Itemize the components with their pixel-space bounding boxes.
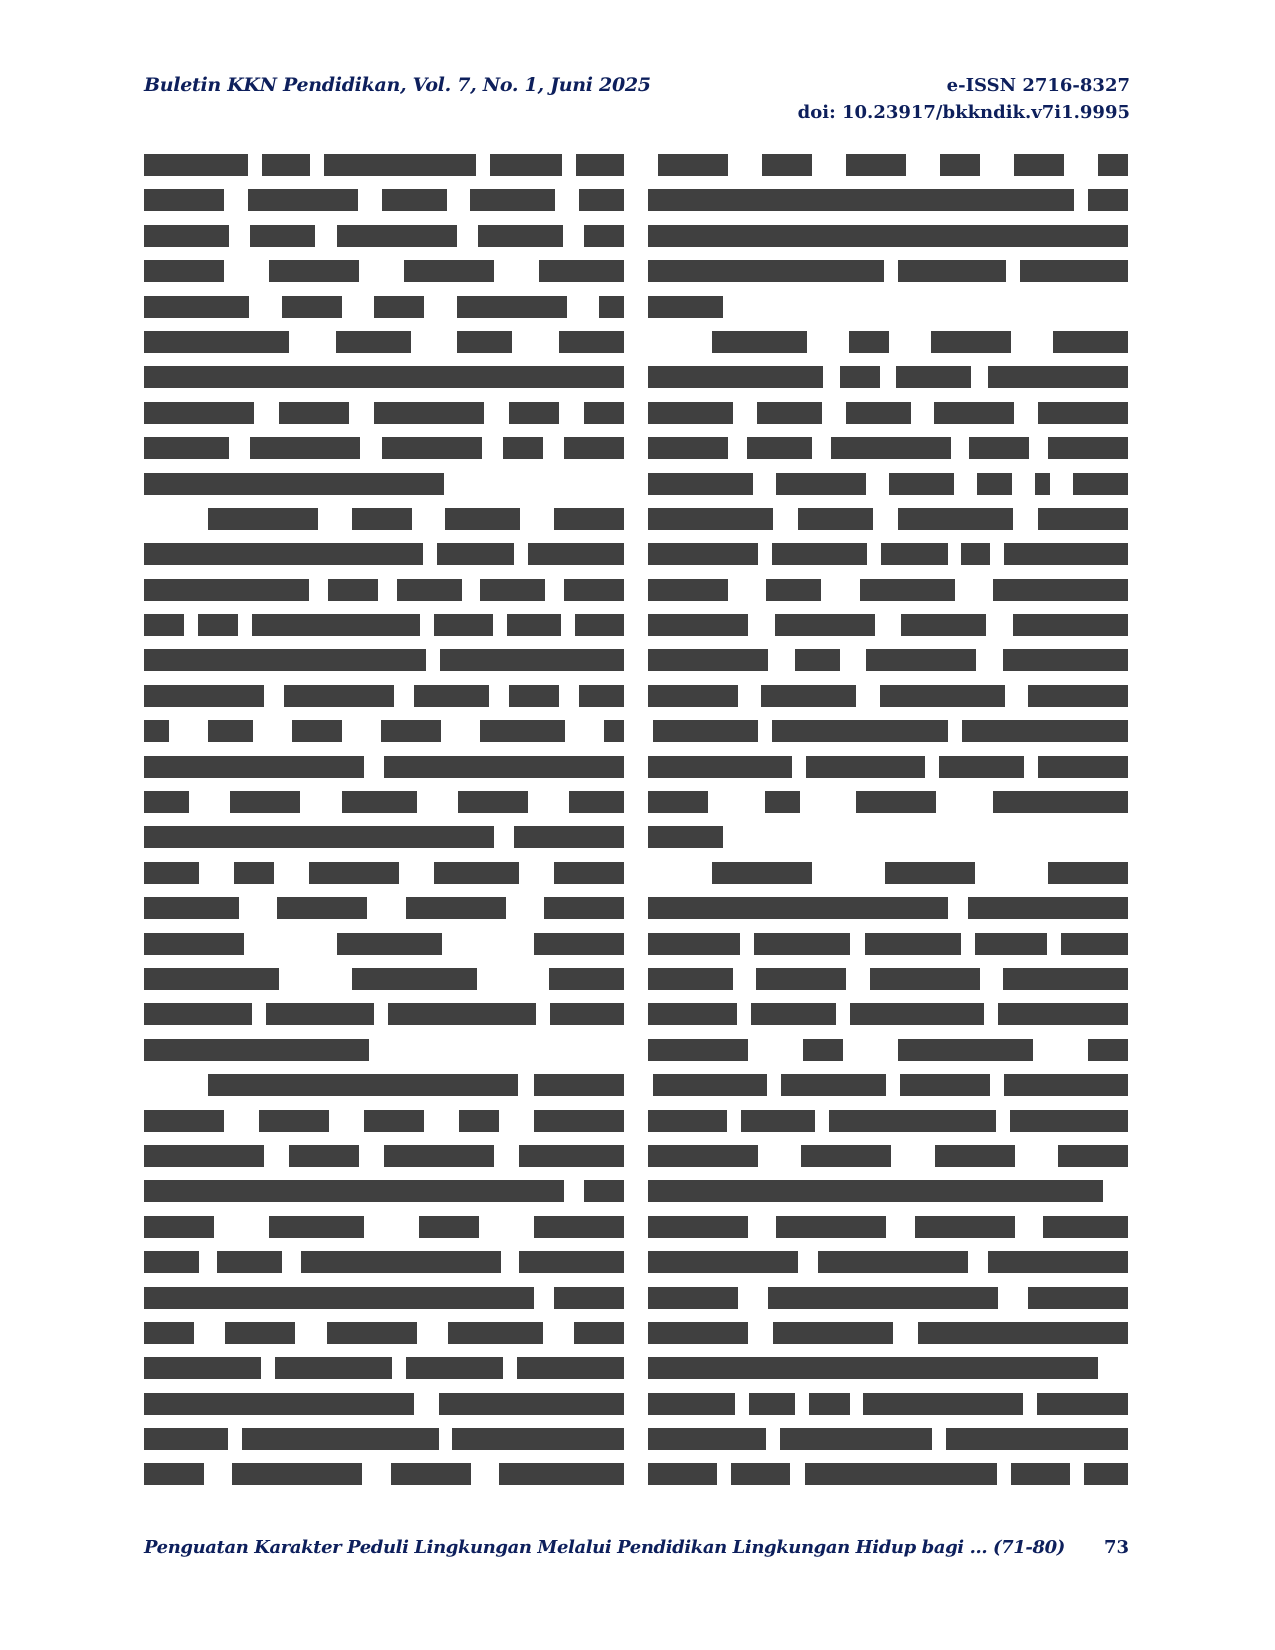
redacted-word [266,1003,374,1025]
redacted-word [337,933,442,955]
redacted-word [445,508,520,530]
redacted-word [250,225,315,247]
redacted-text-line [144,259,624,283]
redacted-word [801,1145,891,1167]
redacted-text-line [144,1427,624,1451]
redacted-word [766,579,821,601]
redacted-word [352,968,477,990]
redacted-word [217,1251,282,1273]
redacted-word [772,720,948,742]
redacted-word [144,296,249,318]
redacted-word [434,614,493,636]
redacted-word [648,1003,737,1025]
redacted-text-line [648,1179,1128,1203]
redacted-word [776,1216,886,1238]
redacted-word [889,473,954,495]
redacted-word [648,508,773,530]
redacted-word [503,437,543,459]
redacted-text-line [144,330,624,354]
redacted-word [301,1251,501,1273]
redacted-word [781,1074,886,1096]
redacted-word [648,1110,727,1132]
redacted-word [1088,189,1128,211]
redacted-text-line [144,188,624,212]
redacted-text-line [144,790,624,814]
redacted-word [749,1393,795,1415]
redacted-text-line [144,1038,624,1062]
redacted-word [292,720,342,742]
redacted-word [144,685,264,707]
journal-identifiers: e-ISSN 2716-8327 doi: 10.23917/bkkndik.v… [798,72,1130,126]
redacted-word [382,189,447,211]
redacted-text-line [144,719,624,743]
redacted-word [324,154,476,176]
document-page: Buletin KKN Pendidikan, Vol. 7, No. 1, J… [0,0,1275,1650]
redacted-word [653,720,758,742]
redacted-word [384,1145,494,1167]
redacted-word [242,1428,439,1450]
redacted-word [648,1357,1098,1379]
redacted-word [144,437,229,459]
body-column-left [144,153,624,1498]
redacted-text-line [144,861,624,885]
redacted-word [1084,1463,1128,1485]
redacted-word [144,614,184,636]
redacted-text-line [648,719,1128,743]
redacted-word [352,508,412,530]
redacted-word [478,225,563,247]
redacted-word [754,933,850,955]
redacted-text-line [144,295,624,319]
redacted-word [564,579,624,601]
redacted-word [289,1145,359,1167]
redacted-text-line [144,1286,624,1310]
redacted-word [1004,1074,1128,1096]
redacted-word [277,897,367,919]
redacted-word [144,897,239,919]
redacted-text-line [648,295,1128,319]
redacted-word [275,1357,392,1379]
redacted-word [457,296,567,318]
redacted-text-line [648,825,1128,849]
redacted-word [795,649,840,671]
redacted-text-line [144,153,624,177]
redacted-word [768,1287,998,1309]
redacted-word [579,685,624,707]
redacted-text-line [648,401,1128,425]
redacted-word [584,402,624,424]
redacted-word [648,1039,748,1061]
redacted-word [762,154,812,176]
redacted-text-line [648,967,1128,991]
redacted-word [534,933,624,955]
redacted-text-line [648,613,1128,637]
redacted-text-line [144,896,624,920]
redacted-text-line [648,1109,1128,1133]
redacted-word [856,791,936,813]
redacted-text-line [144,1073,624,1097]
redacted-text-line [648,1321,1128,1345]
redacted-text-line [144,648,624,672]
redacted-word [1028,685,1128,707]
redacted-word [1013,614,1128,636]
redacted-word [1004,543,1128,565]
redacted-word [559,331,624,353]
redacted-word [509,402,559,424]
redacted-text-line [144,1462,624,1486]
redacted-word [414,685,489,707]
redacted-word [648,1251,798,1273]
redacted-word [901,614,986,636]
redacted-word [747,437,812,459]
redacted-word [896,366,971,388]
redacted-word [232,1463,362,1485]
redacted-word [144,791,189,813]
redacted-text-line [144,1321,624,1345]
redacted-word [364,1110,424,1132]
redacted-word [279,402,349,424]
redacted-text-line [648,259,1128,283]
redacted-text-line [648,1073,1128,1097]
redacted-word [1048,862,1128,884]
redacted-word [544,897,624,919]
redacted-word [993,791,1128,813]
redacted-word [384,756,624,778]
issn: e-ISSN 2716-8327 [798,72,1130,99]
redacted-word [144,1251,199,1273]
redacted-word [584,1180,624,1202]
redacted-word [382,437,482,459]
redacted-text-line [144,1144,624,1168]
redacted-word [480,579,545,601]
redacted-word [448,1322,543,1344]
redacted-word [648,1393,735,1415]
redacted-word [648,579,728,601]
redacted-word [648,933,740,955]
redacted-word [648,296,723,318]
redacted-word [328,579,378,601]
redacted-word [419,1216,479,1238]
redacted-word [648,543,758,565]
redacted-word [534,1110,624,1132]
redacted-word [977,473,1012,495]
redacted-text-line [144,578,624,602]
redacted-word [1010,1110,1128,1132]
redacted-word [144,1287,534,1309]
redacted-text-line [648,684,1128,708]
redacted-text-line [648,1427,1128,1451]
redacted-word [459,1110,499,1132]
redacted-word [1020,260,1128,282]
redacted-word [342,791,417,813]
redacted-word [818,1251,968,1273]
redacted-text-line [144,542,624,566]
redacted-word [648,473,753,495]
redacted-text-line [648,1002,1128,1026]
redacted-word [337,225,457,247]
redacted-word [564,437,624,459]
redacted-word [846,154,906,176]
redacted-word [534,1216,624,1238]
redacted-word [648,614,748,636]
redacted-text-line [648,932,1128,956]
redacted-word [144,756,364,778]
redacted-word [648,1145,758,1167]
redacted-text-line [144,507,624,531]
redacted-text-line [648,1462,1128,1486]
redacted-word [554,862,624,884]
redacted-text-line [648,861,1128,885]
redacted-word [391,1463,471,1485]
redacted-word [144,1039,369,1061]
redacted-word [519,1251,624,1273]
redacted-word [550,1003,624,1025]
redacted-text-line [144,1250,624,1274]
redacted-word [648,225,1128,247]
redacted-text-line [144,401,624,425]
redacted-word [885,862,975,884]
redacted-text-line [648,472,1128,496]
redacted-text-line [144,613,624,637]
redacted-word [648,968,733,990]
redacted-word [388,1003,536,1025]
redacted-word [434,862,519,884]
redacted-word [648,1428,766,1450]
redacted-text-line [144,1109,624,1133]
redacted-word [775,614,875,636]
redacted-word [490,154,562,176]
redacted-word [776,473,866,495]
redacted-word [1038,402,1128,424]
redacted-word [648,685,738,707]
redacted-word [915,1216,1015,1238]
redacted-text-line [648,1038,1128,1062]
redacted-text-line [144,1002,624,1026]
redacted-word [144,402,254,424]
redacted-text-line [648,542,1128,566]
redacted-word [648,826,723,848]
redacted-word [805,1463,997,1485]
redacted-text-line [648,1215,1128,1239]
redacted-word [381,720,441,742]
body-column-right [648,153,1128,1498]
redacted-word [250,437,360,459]
redacted-word [397,579,462,601]
redacted-word [998,1003,1128,1025]
redacted-word [798,508,873,530]
redacted-word [507,614,561,636]
redacted-word [404,260,494,282]
redacted-word [327,1322,417,1344]
redacted-word [144,543,423,565]
redacted-word [144,473,444,495]
redacted-word [806,756,925,778]
redacted-text-line [648,1144,1128,1168]
redacted-word [648,189,1074,211]
redacted-word [1098,154,1128,176]
redacted-word [829,1110,996,1132]
redacted-word [259,1110,329,1132]
redacted-word [528,543,624,565]
redacted-word [898,1039,1033,1061]
redacted-word [584,225,624,247]
redacted-word [934,402,1014,424]
redacted-word [863,1393,1023,1415]
redacted-word [741,1110,815,1132]
redacted-word [144,225,229,247]
redacted-word [144,1393,414,1415]
redacted-word [144,1216,214,1238]
redacted-text-line [144,967,624,991]
redacted-text-line [144,932,624,956]
redacted-word [144,933,244,955]
redacted-word [900,1074,990,1096]
redacted-word [144,154,248,176]
redacted-word [144,862,199,884]
redacted-word [961,543,990,565]
redacted-text-line [144,472,624,496]
redacted-word [144,1003,252,1025]
redacted-word [252,614,420,636]
redacted-word [988,1251,1128,1273]
redacted-word [648,402,733,424]
redacted-word [144,366,624,388]
redacted-word [144,1357,261,1379]
redacted-word [554,1287,624,1309]
redacted-word [269,260,359,282]
redacted-word [870,968,980,990]
redacted-word [519,1145,624,1167]
redacted-word [850,1003,984,1025]
redacted-word [648,366,823,388]
redacted-word [440,649,624,671]
redacted-text-line [648,153,1128,177]
redacted-word [248,189,358,211]
redacted-word [658,154,728,176]
redacted-word [935,1145,1015,1167]
redacted-text-line [144,1179,624,1203]
redacted-word [756,968,846,990]
redacted-word [1037,1393,1128,1415]
redacted-word [712,331,807,353]
redacted-word [866,649,976,671]
redacted-word [374,296,424,318]
redacted-word [765,791,800,813]
redacted-word [993,579,1128,601]
redacted-word [1061,933,1128,955]
redacted-word [1073,473,1128,495]
redacted-word [865,933,961,955]
redacted-word [406,1357,503,1379]
redacted-word [144,1110,224,1132]
redacted-word [534,1074,624,1096]
redacted-word [499,1463,624,1485]
redacted-word [931,331,1011,353]
redacted-word [569,791,624,813]
redacted-word [946,1428,1128,1450]
redacted-word [1038,508,1128,530]
redacted-word [234,862,274,884]
redacted-word [144,826,494,848]
redacted-word [648,791,708,813]
redacted-word [144,189,224,211]
redacted-word [457,331,512,353]
redacted-word [648,1216,748,1238]
page-number: 73 [1104,1537,1129,1558]
redacted-word [208,720,253,742]
redacted-word [648,1463,717,1485]
redacted-word [144,649,426,671]
redacted-word [144,1428,228,1450]
redacted-word [846,402,911,424]
redacted-word [648,897,948,919]
redacted-word [1048,437,1128,459]
redacted-word [969,437,1029,459]
redacted-word [282,296,342,318]
redacted-word [480,720,565,742]
redacted-word [374,402,484,424]
redacted-text-line [648,790,1128,814]
redacted-text-line [648,436,1128,460]
redacted-word [574,1322,624,1344]
redacted-word [579,189,624,211]
redacted-word [599,296,624,318]
redacted-word [144,1145,264,1167]
redacted-word [439,1393,624,1415]
redacted-word [880,685,1005,707]
redacted-word [225,1322,295,1344]
redacted-text-line [648,224,1128,248]
redacted-word [918,1322,1128,1344]
redacted-word [514,826,624,848]
redacted-word [772,543,867,565]
redacted-word [539,260,624,282]
redacted-text-line [648,755,1128,779]
redacted-text-line [648,1356,1128,1380]
redacted-word [751,1003,836,1025]
redacted-word [881,543,948,565]
redacted-word [653,1074,767,1096]
redacted-word [230,791,300,813]
redacted-word [470,189,555,211]
redacted-text-line [648,365,1128,389]
redacted-word [1011,1463,1070,1485]
redacted-word [144,1180,564,1202]
redacted-word [809,1393,850,1415]
redacted-text-line [648,1286,1128,1310]
redacted-text-line [144,755,624,779]
redacted-word [648,1180,1103,1202]
redacted-word [1003,968,1128,990]
redacted-word [458,791,528,813]
redacted-word [898,508,1013,530]
redacted-text-line [648,1250,1128,1274]
redacted-word [940,154,980,176]
redacted-word [284,685,394,707]
redacted-word [648,260,884,282]
redacted-text-line [144,1356,624,1380]
doi-link[interactable]: doi: 10.23917/bkkndik.v7i1.9995 [798,99,1130,126]
redacted-word [509,685,559,707]
redacted-word [648,649,768,671]
redacted-word [648,437,728,459]
redacted-text-line [648,648,1128,672]
redacted-word [860,579,955,601]
redacted-word [144,1463,204,1485]
redacted-word [269,1216,364,1238]
redacted-word [1014,154,1064,176]
redacted-word [1038,756,1128,778]
